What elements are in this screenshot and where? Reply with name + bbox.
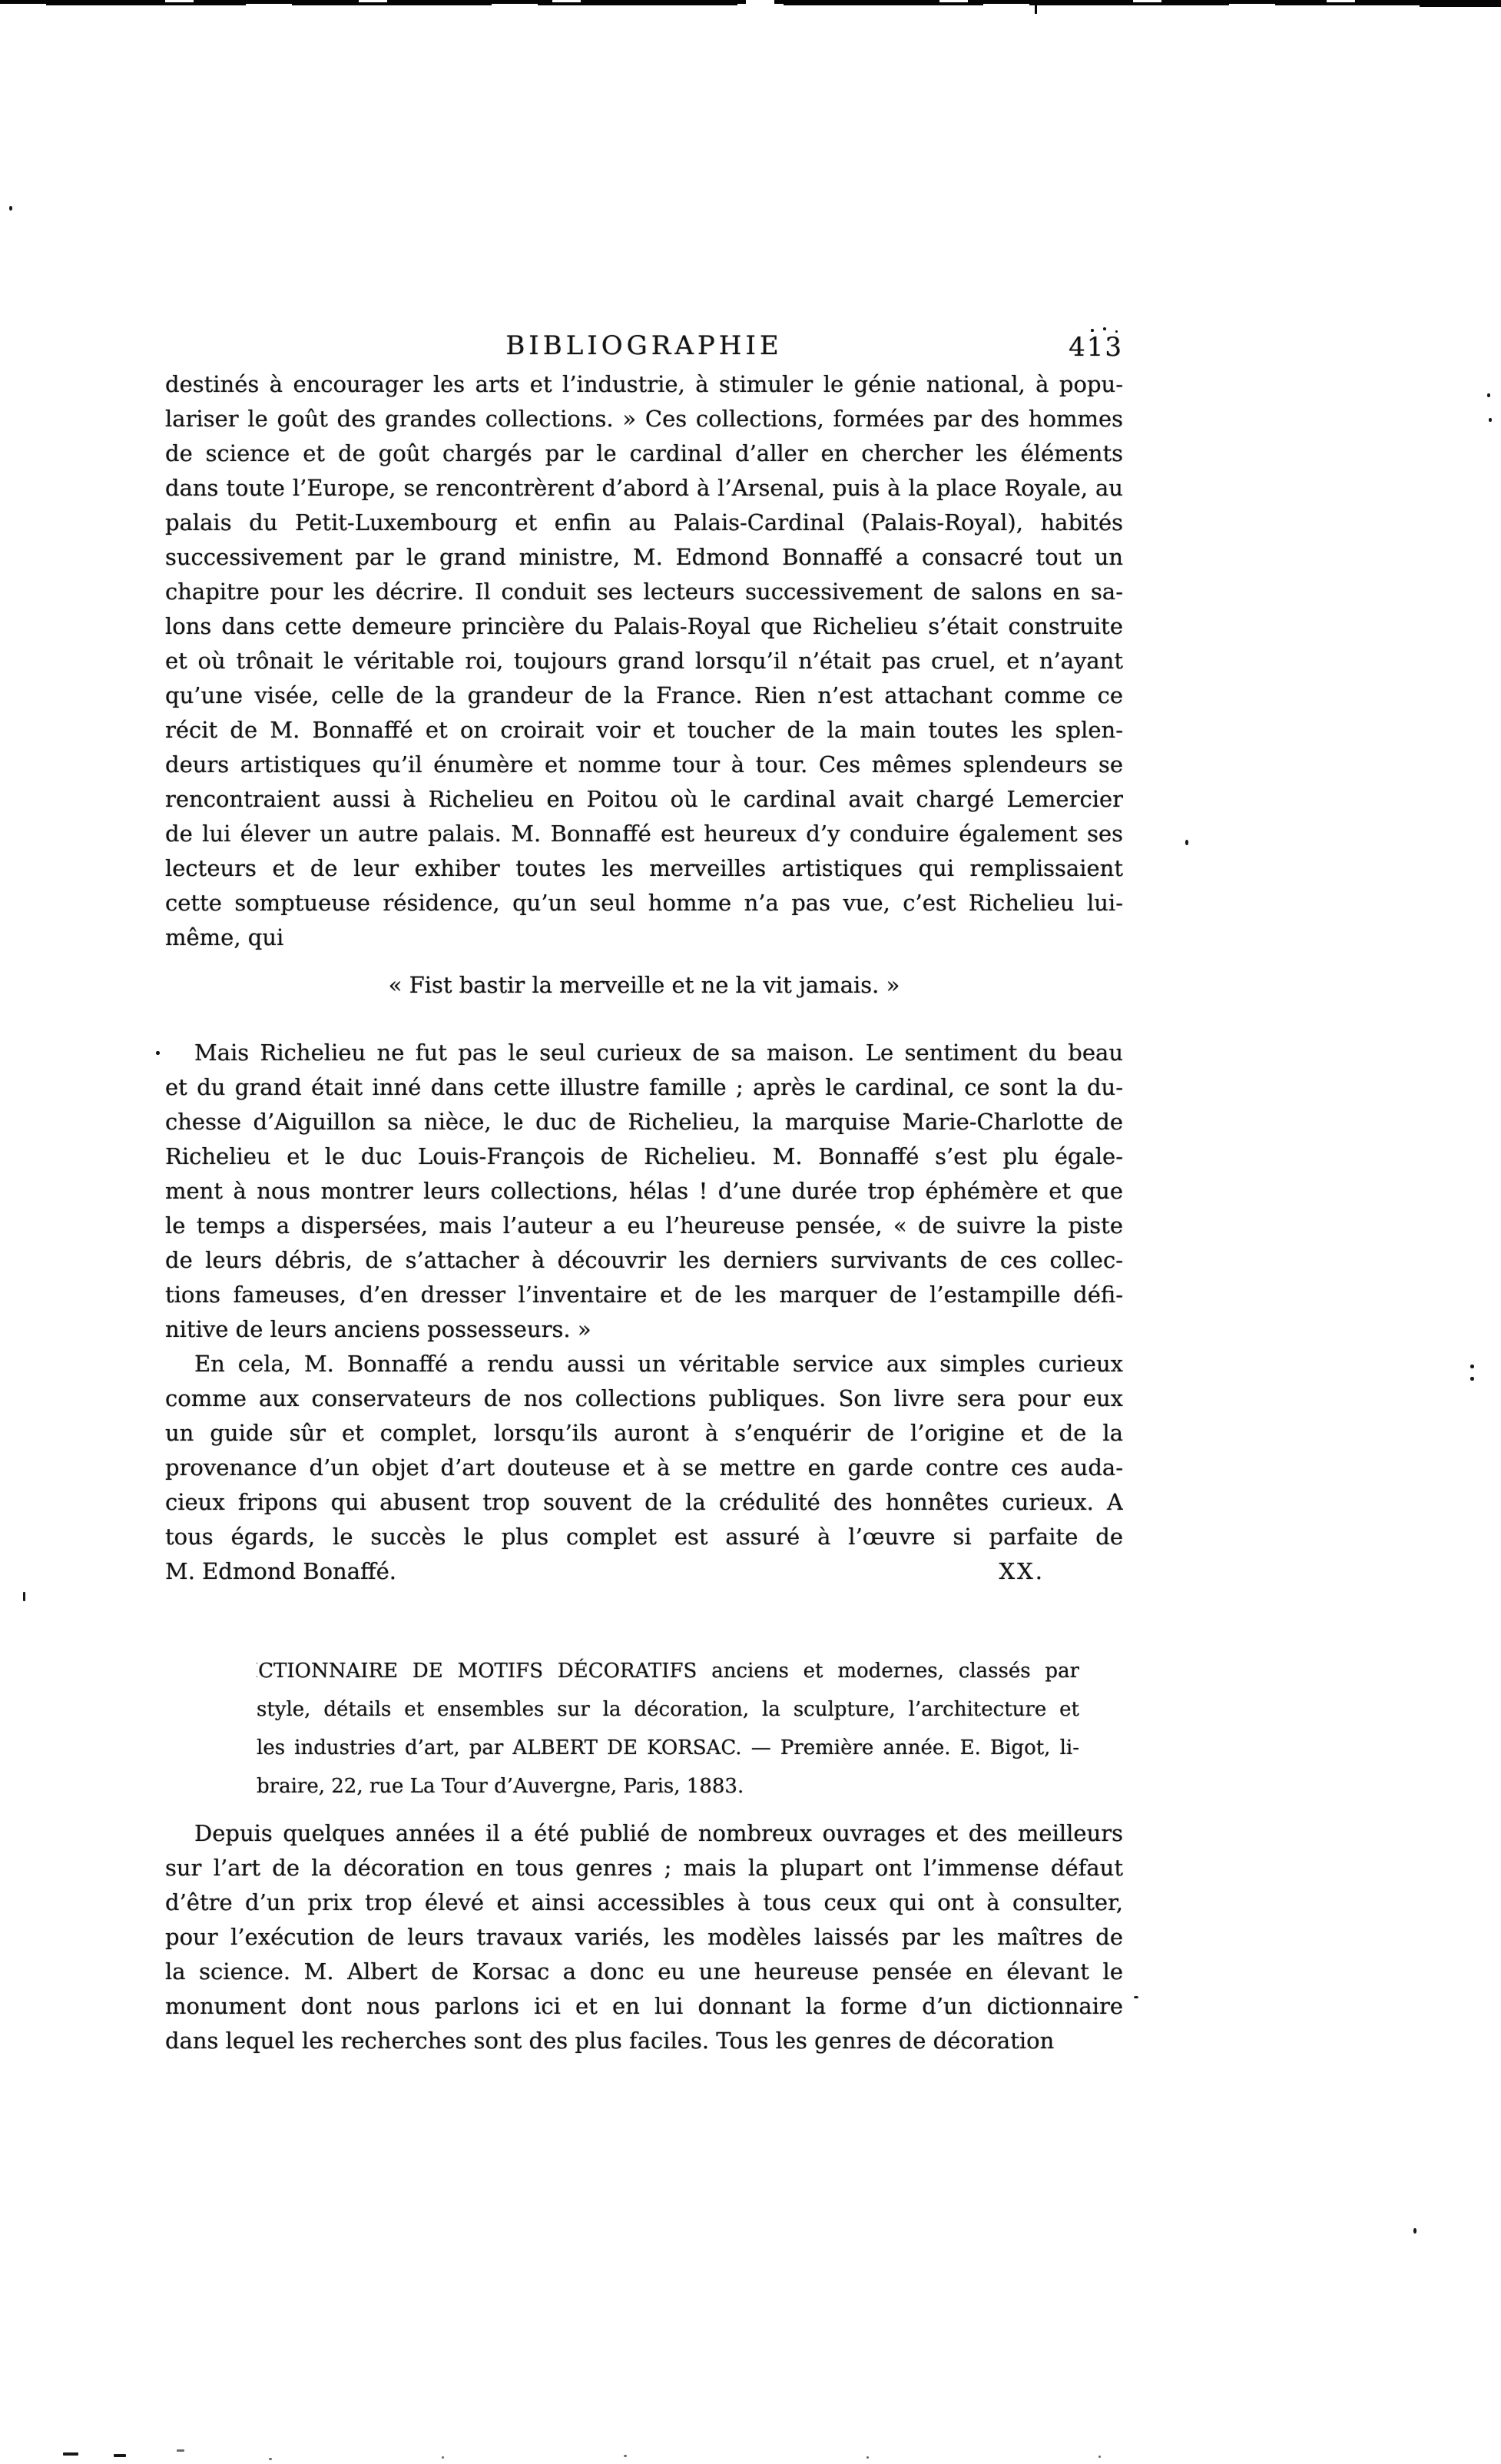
text-line: de lui élever un autre palais. M. Bonnaf…	[165, 817, 1123, 851]
paragraph: destinés à encourager les arts et l’indu…	[165, 367, 1123, 955]
scan-noise	[1091, 329, 1094, 332]
text-line: pour l’exécution de leurs travaux variés…	[165, 1920, 1123, 1955]
text-line: En cela, M. Bonnaffé a rendu aussi un vé…	[165, 1347, 1123, 1381]
signature-line: M. Edmond Bonaffé.XX.	[165, 1554, 1123, 1589]
paragraph: Depuis quelques années il a été publié d…	[165, 1816, 1123, 2058]
paragraph: Mais Richelieu ne fut pas le seul curieu…	[165, 1036, 1123, 1347]
text-line: cette somptueuse résidence, qu’un seul h…	[165, 886, 1123, 920]
scan-noise	[63, 2452, 78, 2456]
text-line: destinés à encourager les arts et l’indu…	[165, 367, 1123, 402]
text-line: un guide sûr et complet, lorsqu’ils auro…	[165, 1416, 1123, 1451]
scan-noise	[1470, 1377, 1474, 1381]
text-line: lariser le goût des grandes collections.…	[165, 402, 1123, 436]
text-line: de science et de goût chargés par le car…	[165, 436, 1123, 471]
text-line: Depuis quelques années il a été publié d…	[165, 1816, 1123, 1851]
text-line: et où trônait le véritable roi, toujours…	[165, 644, 1123, 678]
text-line: qu’une visée, celle de la grandeur de la…	[165, 678, 1123, 713]
text-line: ment à nous montrer leurs collections, h…	[165, 1174, 1123, 1209]
text-line: comme aux conservateurs de nos collectio…	[165, 1381, 1123, 1416]
text-line: nitive de leurs anciens possesseurs. »	[165, 1312, 1123, 1347]
scan-noise	[1134, 1996, 1138, 1998]
text-line: la science. M. Albert de Korsac a donc e…	[165, 1955, 1123, 1989]
text-line: successivement par le grand ministre, M.…	[165, 540, 1123, 575]
text-line: provenance d’un objet d’art douteuse et …	[165, 1451, 1123, 1485]
text-line: de leurs débris, de s’attacher à découvr…	[165, 1243, 1123, 1278]
text-line: dans lequel les recherches sont des plus…	[165, 2024, 1123, 2058]
scan-noise	[269, 2458, 272, 2460]
signature-author: M. Edmond Bonaffé.	[165, 1554, 396, 1589]
scan-noise	[1103, 327, 1106, 330]
text-block: destinés à encourager les arts et l’indu…	[165, 367, 1123, 2058]
scan-noise	[1098, 2456, 1101, 2458]
text-line: les industries d’art, par ALBERT DE KORS…	[257, 1729, 1079, 1767]
text-line: chapitre pour les décrire. Il conduit se…	[165, 575, 1123, 609]
verse-quote: « Fist bastir la merveille et ne la vit …	[165, 968, 1123, 1003]
text-line: et du grand était inné dans cette illust…	[165, 1070, 1123, 1105]
running-title: BIBLIOGRAPHIE	[165, 327, 1123, 365]
scan-noise	[442, 2456, 444, 2459]
text-line: braire, 22, rue La Tour d’Auvergne, Pari…	[257, 1767, 1079, 1806]
text-line: d’être d’un prix trop élevé et ainsi acc…	[165, 1885, 1123, 1920]
scan-edge-corner	[1420, 0, 1501, 7]
text-line: Mais Richelieu ne fut pas le seul curieu…	[165, 1036, 1123, 1070]
text-line: dans toute l’Europe, se rencontrèrent d’…	[165, 471, 1123, 506]
text-line: récit de M. Bonnaffé et on croirait voir…	[165, 713, 1123, 748]
scan-noise	[114, 2454, 126, 2457]
text-line: tions fameuses, d’en dresser l’inventair…	[165, 1278, 1123, 1312]
scan-noise	[23, 1592, 25, 1601]
scan-noise	[624, 2455, 627, 2457]
text-line: Richelieu et le duc Louis-François de Ri…	[165, 1139, 1123, 1174]
scan-edge-top	[0, 0, 1501, 7]
signature-initials: XX.	[999, 1554, 1045, 1589]
scan-noise	[1487, 393, 1490, 397]
page-number: 413	[1069, 328, 1123, 366]
text-line: monument dont nous parlons ici et en lui…	[165, 1989, 1123, 2024]
page-header: BIBLIOGRAPHIE 413	[165, 327, 1123, 365]
text-line: sur l’art de la décoration en tous genre…	[165, 1851, 1123, 1885]
scan-noise	[1413, 2228, 1417, 2234]
text-line: chesse d’Aiguillon sa nièce, le duc de R…	[165, 1105, 1123, 1139]
scan-noise	[156, 1051, 160, 1055]
text-line: cieux fripons qui abusent trop souvent d…	[165, 1485, 1123, 1520]
text-line: « Fist bastir la merveille et ne la vit …	[165, 968, 1123, 1003]
text-line: le temps a dispersées, mais l’auteur a e…	[165, 1209, 1123, 1243]
text-line: lons dans cette demeure princière du Pal…	[165, 609, 1123, 644]
text-line: rencontraient aussi à Richelieu en Poito…	[165, 782, 1123, 817]
text-line: deurs artistiques qu’il énumère et nomme…	[165, 748, 1123, 782]
paragraph: En cela, M. Bonnaffé a rendu aussi un vé…	[165, 1347, 1123, 1554]
scan-noise	[866, 2456, 869, 2459]
scan-noise	[1489, 418, 1492, 422]
scan-noise	[177, 2449, 184, 2452]
text-line: lecteurs et de leur exhiber toutes les m…	[165, 851, 1123, 886]
text-line: palais du Petit-Luxembourg et enfin au P…	[165, 506, 1123, 540]
scan-noise	[1115, 330, 1118, 333]
scanned-book-page: BIBLIOGRAPHIE 413 destinés à encourager …	[0, 0, 1501, 2464]
scan-noise	[1035, 0, 1037, 14]
text-line: même, qui	[165, 920, 1123, 955]
text-line: DICTIONNAIRE DE MOTIFS DÉCORATIFS ancien…	[257, 1652, 1079, 1690]
scan-noise	[9, 206, 12, 211]
scan-noise	[1470, 1365, 1474, 1368]
scan-noise	[1185, 840, 1188, 845]
bibliographic-entry: DICTIONNAIRE DE MOTIFS DÉCORATIFS ancien…	[257, 1652, 1079, 1806]
text-line: style, détails et ensembles sur la décor…	[257, 1690, 1079, 1729]
text-line: tous égards, le succès le plus complet e…	[165, 1520, 1123, 1554]
